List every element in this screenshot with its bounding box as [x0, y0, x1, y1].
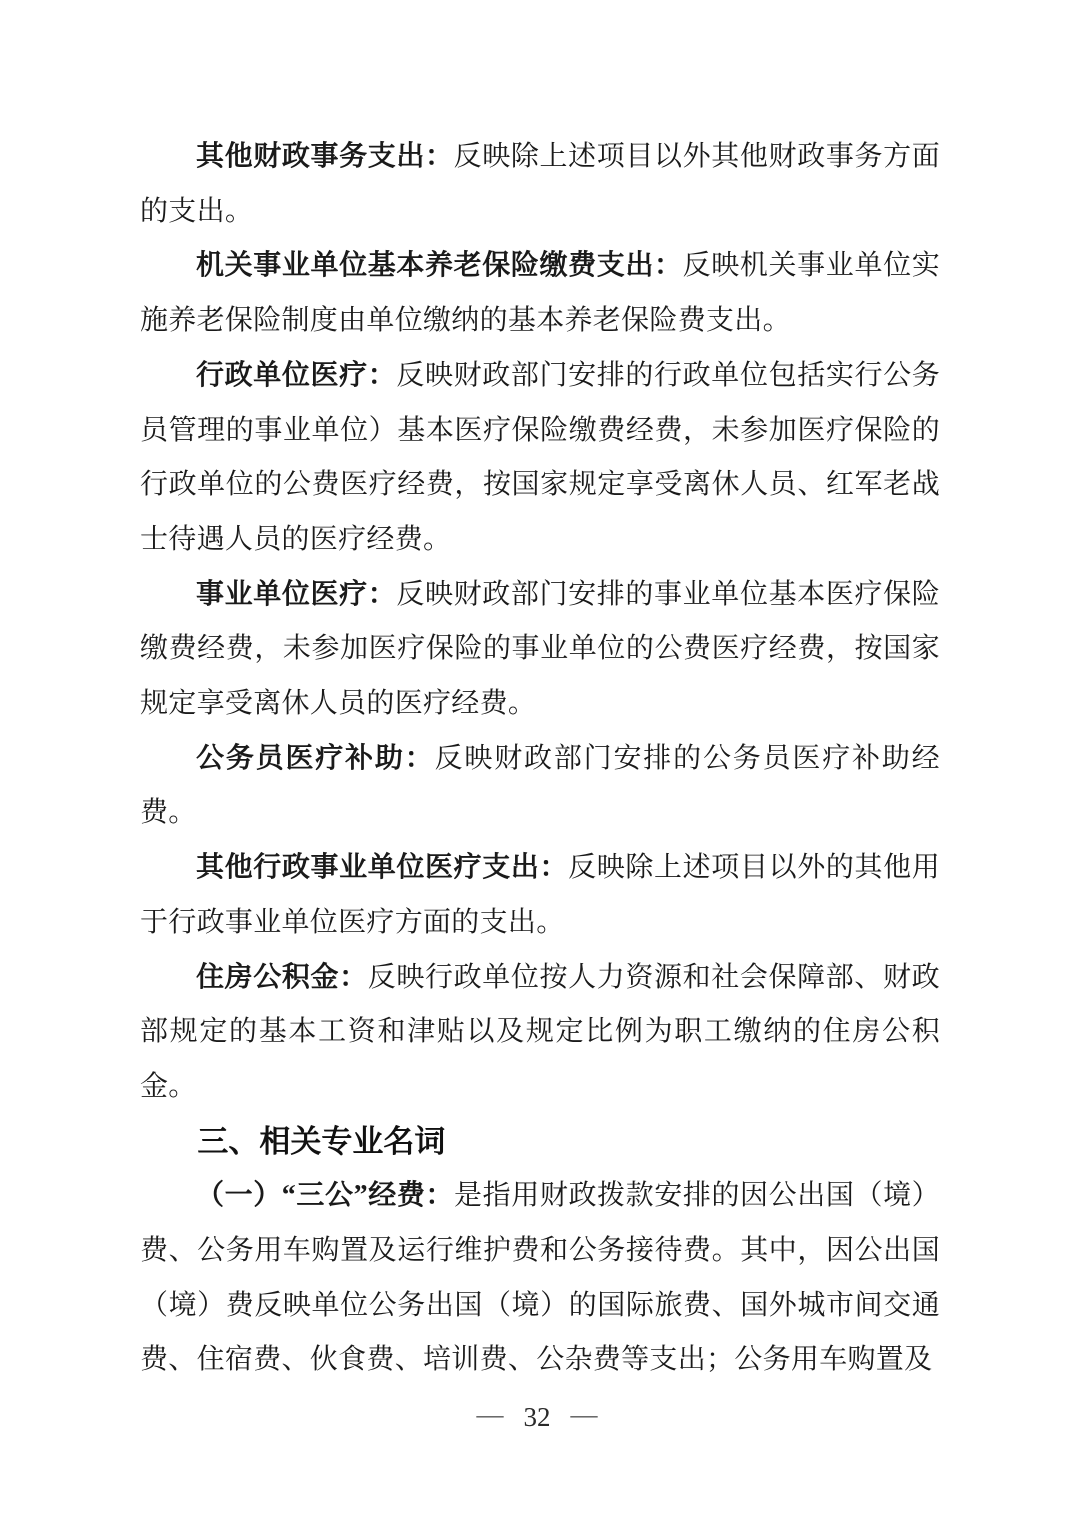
- paragraph-basic-pension-contribution-expenditure: 机关事业单位基本养老保险缴费支出：反映机关事业单位实施养老保险制度由单位缴纳的基…: [140, 239, 940, 348]
- footer-dash-right: —: [571, 1399, 598, 1430]
- term-lead: 事业单位医疗：: [196, 579, 396, 610]
- term-lead: （一）“三公”经费：: [196, 1180, 454, 1211]
- paragraph-civil-servant-medical-subsidy: 公务员医疗补助：反映财政部门安排的公务员医疗补助经费。: [140, 732, 940, 841]
- paragraph-three-public-expenses: （一）“三公”经费：是指用财政拨款安排的因公出国（境）费、公务用车购置及运行维护…: [140, 1169, 940, 1388]
- section-heading-related-terms: 三、相关专业名词: [140, 1115, 940, 1170]
- paragraph-other-fiscal-affairs-expenditure: 其他财政事务支出：反映除上述项目以外其他财政事务方面的支出。: [140, 130, 940, 239]
- footer-dash-left: —: [477, 1399, 504, 1430]
- term-lead: 公务员医疗补助：: [196, 743, 435, 774]
- term-lead: 机关事业单位基本养老保险缴费支出：: [196, 250, 683, 281]
- page-footer: —32—: [0, 1402, 1074, 1433]
- paragraph-public-institution-medical: 事业单位医疗：反映财政部门安排的事业单位基本医疗保险缴费经费，未参加医疗保险的事…: [140, 568, 940, 732]
- paragraph-administrative-unit-medical: 行政单位医疗：反映财政部门安排的行政单位包括实行公务员管理的事业单位）基本医疗保…: [140, 349, 940, 568]
- paragraph-other-admin-institution-medical-expenditure: 其他行政事业单位医疗支出：反映除上述项目以外的其他用于行政事业单位医疗方面的支出…: [140, 841, 940, 950]
- term-lead: 其他行政事业单位医疗支出：: [196, 852, 568, 883]
- term-lead: 行政单位医疗：: [196, 360, 396, 391]
- term-lead: 住房公积金：: [196, 962, 368, 993]
- document-page: 其他财政事务支出：反映除上述项目以外其他财政事务方面的支出。 机关事业单位基本养…: [0, 0, 1074, 1520]
- page-content: 其他财政事务支出：反映除上述项目以外其他财政事务方面的支出。 机关事业单位基本养…: [140, 130, 940, 1388]
- term-lead: 其他财政事务支出：: [196, 141, 454, 172]
- page-number: 32: [524, 1402, 551, 1432]
- paragraph-housing-provident-fund: 住房公积金：反映行政单位按人力资源和社会保障部、财政部规定的基本工资和津贴以及规…: [140, 951, 940, 1115]
